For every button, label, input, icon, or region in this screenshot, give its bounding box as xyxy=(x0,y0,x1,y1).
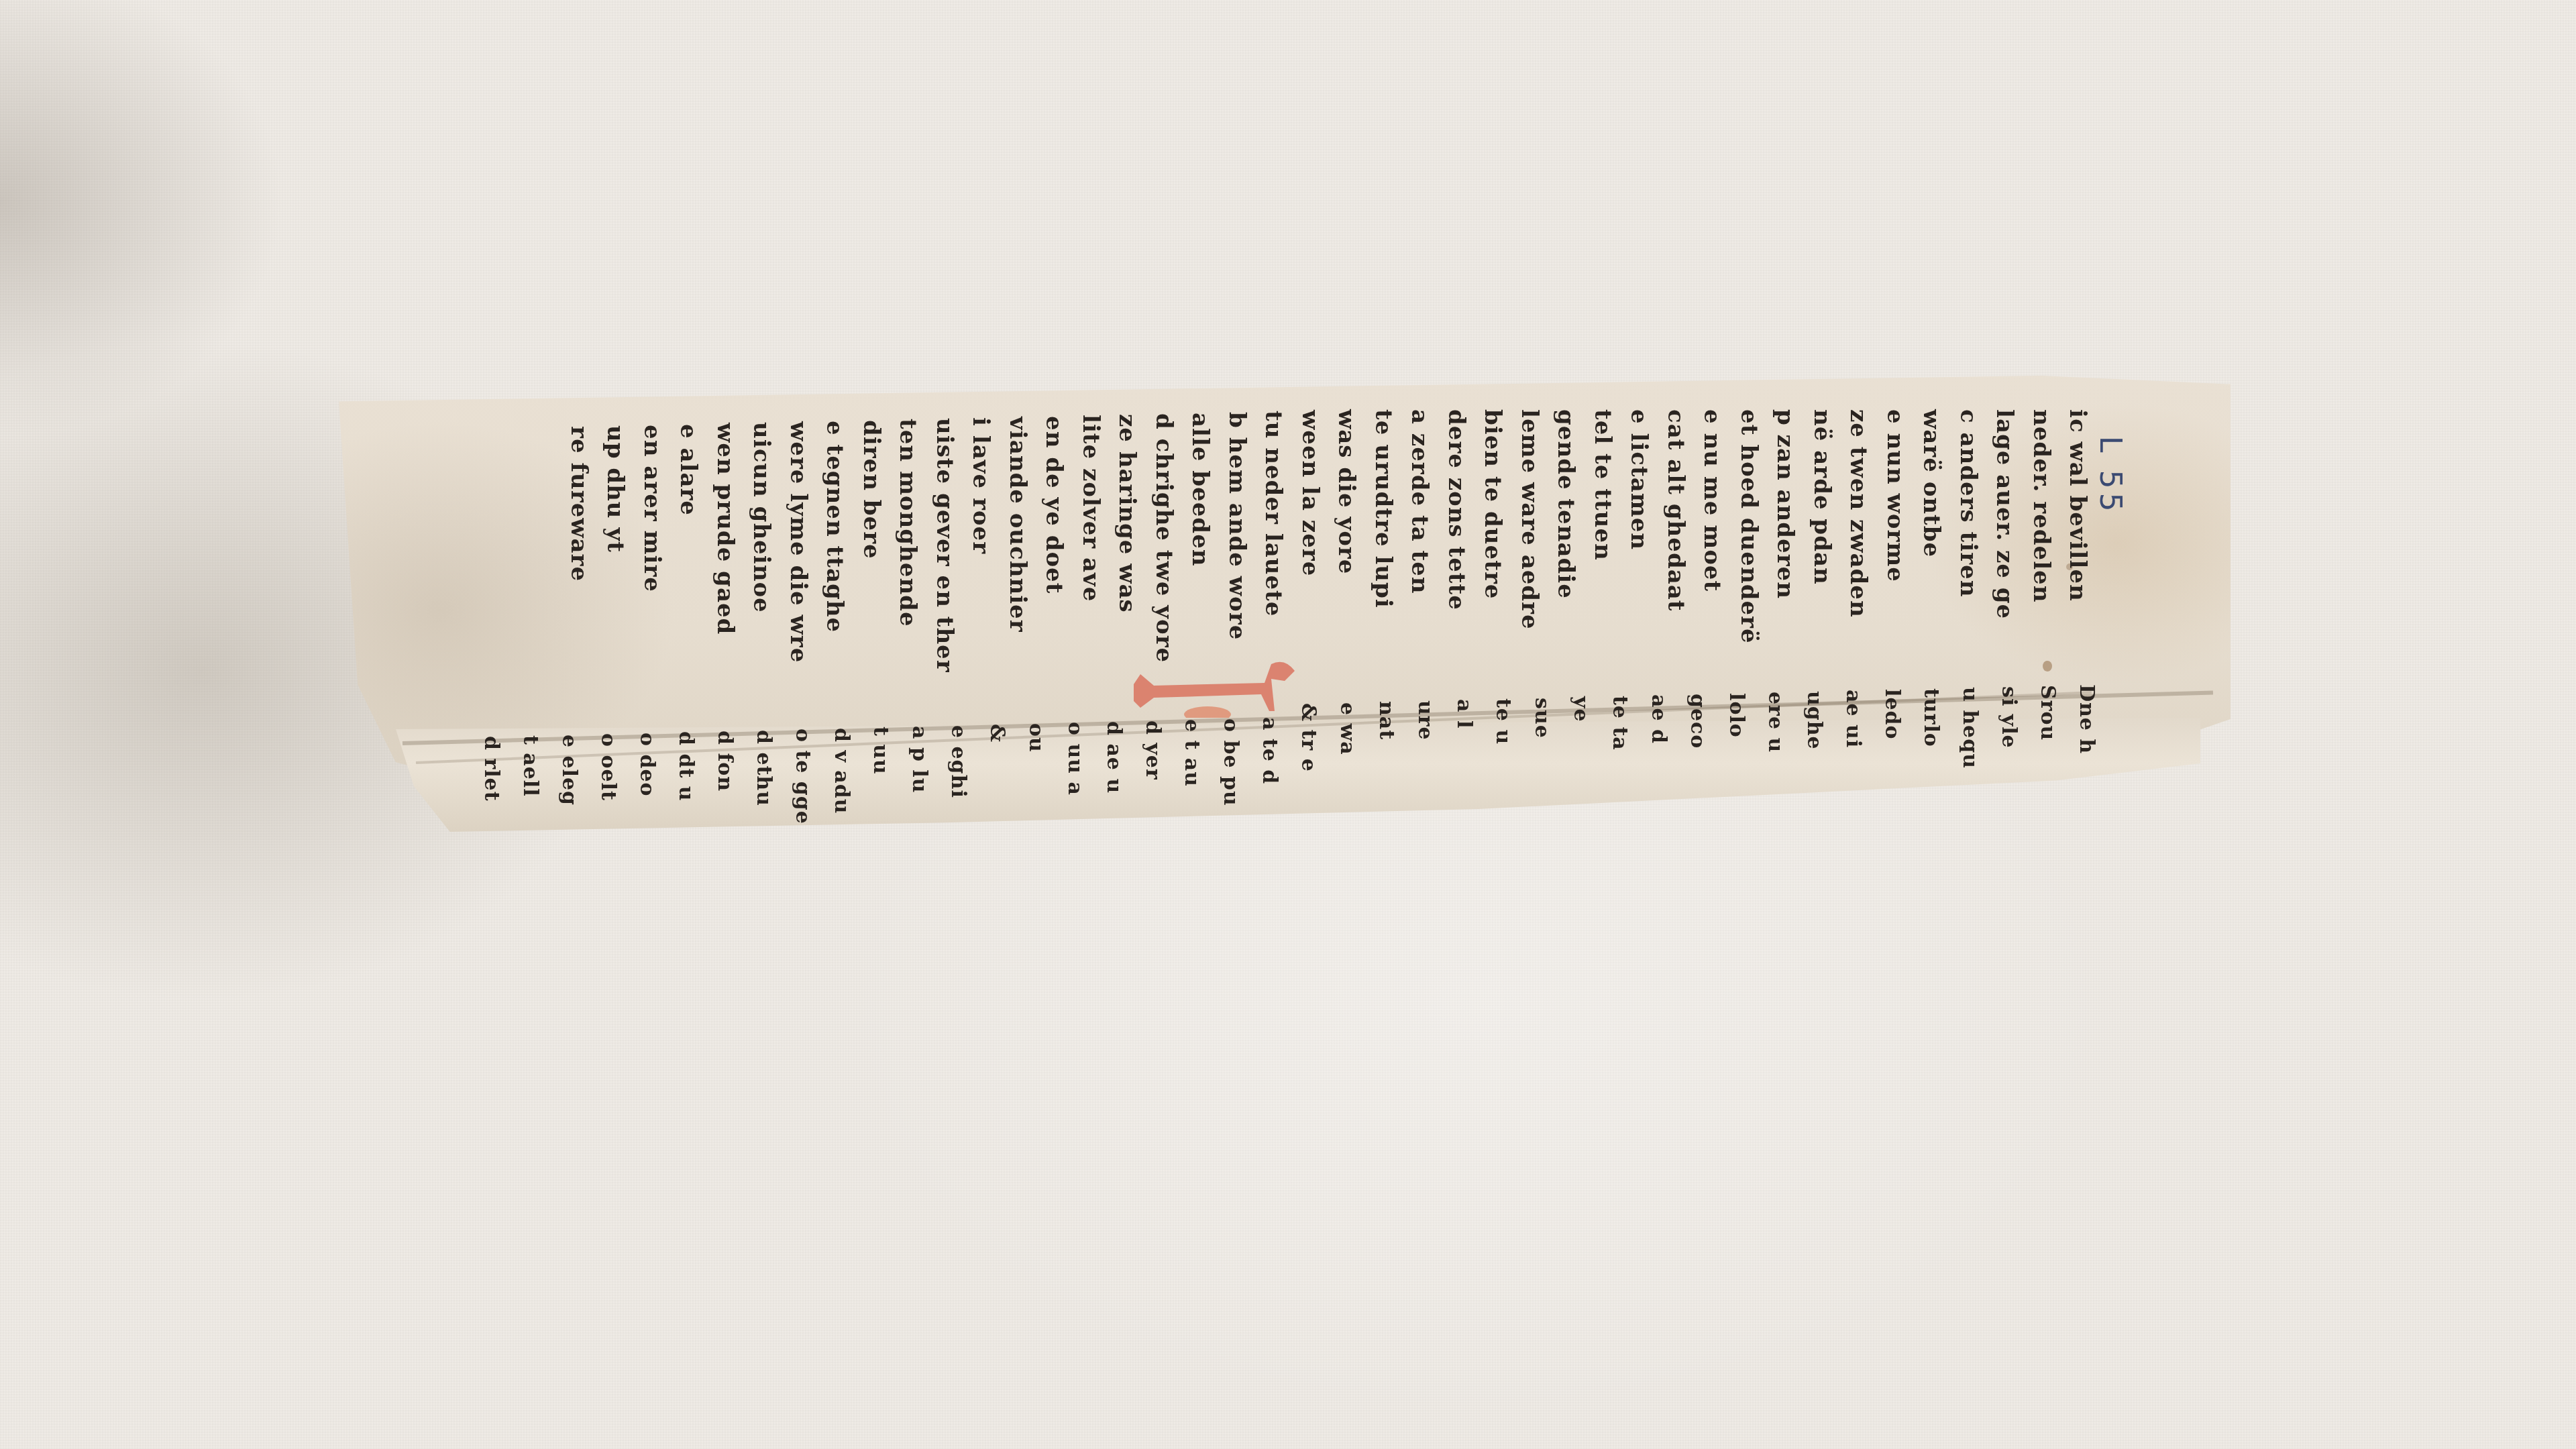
manuscript-line: re fureware xyxy=(568,426,590,582)
manuscript-line-fragment: lolo xyxy=(1726,693,1746,738)
manuscript-line: dere zons tette xyxy=(1445,409,1468,610)
manuscript-line-fragment: ughe xyxy=(1804,691,1824,750)
manuscript-line: was die yore xyxy=(1335,409,1358,574)
manuscript-line: ze twen zwaden xyxy=(1847,409,1870,618)
manuscript-line: viande ouchnier xyxy=(1006,417,1029,633)
manuscript-line-fragment: ye xyxy=(1570,696,1591,722)
manuscript-line: alle beeden xyxy=(1189,413,1212,567)
manuscript-line: en de ye doet xyxy=(1042,416,1065,594)
manuscript-line: were lyme die wre xyxy=(787,421,810,663)
manuscript-line-fragment: e t au xyxy=(1181,719,1201,787)
manuscript-line: tu neder lauete xyxy=(1262,411,1285,616)
manuscript-line: d chrighe twe yore xyxy=(1152,413,1175,663)
manuscript-line-fragment: te u xyxy=(1493,698,1513,745)
manuscript-line-fragment: o be pu xyxy=(1220,718,1240,806)
manuscript-line-fragment: ae d xyxy=(1648,694,1668,744)
manuscript-line: leme ware aedre xyxy=(1518,409,1541,630)
manuscript-line: e tegnen ttaghe xyxy=(823,421,846,633)
manuscript-line: up dhu yt xyxy=(604,425,627,553)
manuscript-line-fragment: si yle xyxy=(1998,686,2019,749)
manuscript-line-fragment: t uu xyxy=(870,727,890,775)
manuscript-line-fragment: sue xyxy=(1532,698,1552,739)
manuscript-line-fragment: ou xyxy=(1026,723,1046,753)
manuscript-line-fragment: d yer xyxy=(1142,720,1163,780)
manuscript-line-fragment: Srou xyxy=(2037,685,2057,741)
manuscript-line: c anders tiren xyxy=(1957,409,1980,597)
manuscript-line: i lave roer xyxy=(969,417,992,554)
manuscript-line: cat alt ghedaat xyxy=(1664,409,1687,611)
manuscript-line-fragment: d rlet xyxy=(481,736,501,802)
manuscript-line-fragment: e eghi xyxy=(948,725,968,798)
manuscript-line: lite zolver ave xyxy=(1079,415,1102,602)
manuscript-line-fragment: geco xyxy=(1687,694,1707,749)
manuscript-line-fragment: t aell xyxy=(520,735,540,797)
manuscript-line-fragment: u hequ xyxy=(1960,687,1980,769)
manuscript-line-fragment: nat xyxy=(1376,701,1396,740)
manuscript-line: warë ontbe xyxy=(1920,409,1943,557)
manuscript-line-fragment: turlo xyxy=(1921,688,1941,747)
manuscript-line-fragment: ure xyxy=(1415,700,1435,741)
manuscript-line: uiste gever en ther xyxy=(933,418,956,673)
manuscript-line-fragment: d dt u xyxy=(676,731,696,802)
manuscript-line: diren bere xyxy=(860,420,883,559)
manuscript-line-fragment: te ta xyxy=(1609,696,1629,751)
manuscript-line: et hoed duenderë xyxy=(1737,409,1760,644)
manuscript-line-fragment: d ae u xyxy=(1104,721,1124,794)
stain-spot xyxy=(2043,661,2052,672)
red-initial-decoration xyxy=(1127,644,1301,718)
manuscript-line: e nun worme xyxy=(1884,409,1907,582)
manuscript-line-fragment: e wa xyxy=(1337,702,1357,755)
pencil-shelfmark: L 55 xyxy=(2093,436,2127,516)
manuscript-line: lage auer. ze ge xyxy=(1993,409,2016,619)
manuscript-line-fragment: d ethu xyxy=(753,730,773,806)
manuscript-line: ween la zere xyxy=(1299,410,1322,576)
manuscript-line: ic wal bevillen xyxy=(2066,409,2089,602)
manuscript-line: neder. redelen xyxy=(2030,409,2053,602)
manuscript-line: e nu me moet xyxy=(1701,409,1723,592)
manuscript-line: wen prude gaed xyxy=(714,423,737,635)
manuscript-line: e lictamen xyxy=(1627,409,1650,550)
manuscript-line-fragment: d fon xyxy=(714,731,735,792)
manuscript-line: p zan anderen xyxy=(1774,409,1796,599)
manuscript-line: e alare xyxy=(677,424,700,516)
manuscript-line: b hem ande wore xyxy=(1226,412,1248,640)
manuscript-line: uicun gheinoe xyxy=(750,422,773,613)
manuscript-line-fragment: Dne h xyxy=(2076,684,2096,754)
manuscript-line-fragment: ae ui xyxy=(1843,690,1863,748)
manuscript-line-fragment: ledo xyxy=(1882,689,1902,739)
manuscript-line-fragment: e eleg xyxy=(559,735,579,806)
manuscript-line: bien te duetre xyxy=(1481,409,1504,599)
manuscript-line: ten monghende xyxy=(896,419,919,627)
manuscript-line-fragment: a l xyxy=(1454,699,1474,729)
manuscript-line-fragment: o deo xyxy=(637,733,657,797)
manuscript-line-fragment: o uu a xyxy=(1065,722,1085,796)
manuscript-line: te urudtre lupi xyxy=(1372,409,1395,608)
manuscript-line-fragment: ere u xyxy=(1765,692,1785,753)
manuscript-line-fragment: a p lu xyxy=(909,726,929,794)
manuscript-line-fragment: o oelt xyxy=(598,733,618,801)
manuscript-line-fragment: d v adu xyxy=(831,728,851,814)
manuscript-line: en arer mire xyxy=(641,425,663,592)
manuscript-line: ze haringe was xyxy=(1116,414,1138,613)
manuscript-line-fragment: o te gge xyxy=(792,729,812,824)
manuscript-line-fragment: & xyxy=(987,724,1007,743)
manuscript-line-fragment: a te d xyxy=(1259,717,1279,784)
manuscript-line: a zerde ta ten xyxy=(1408,409,1431,594)
manuscript-line: gende tenadie xyxy=(1554,409,1577,599)
manuscript-line: tel te ttuen xyxy=(1591,409,1614,561)
manuscript-line: në arde pdan xyxy=(1811,409,1833,585)
